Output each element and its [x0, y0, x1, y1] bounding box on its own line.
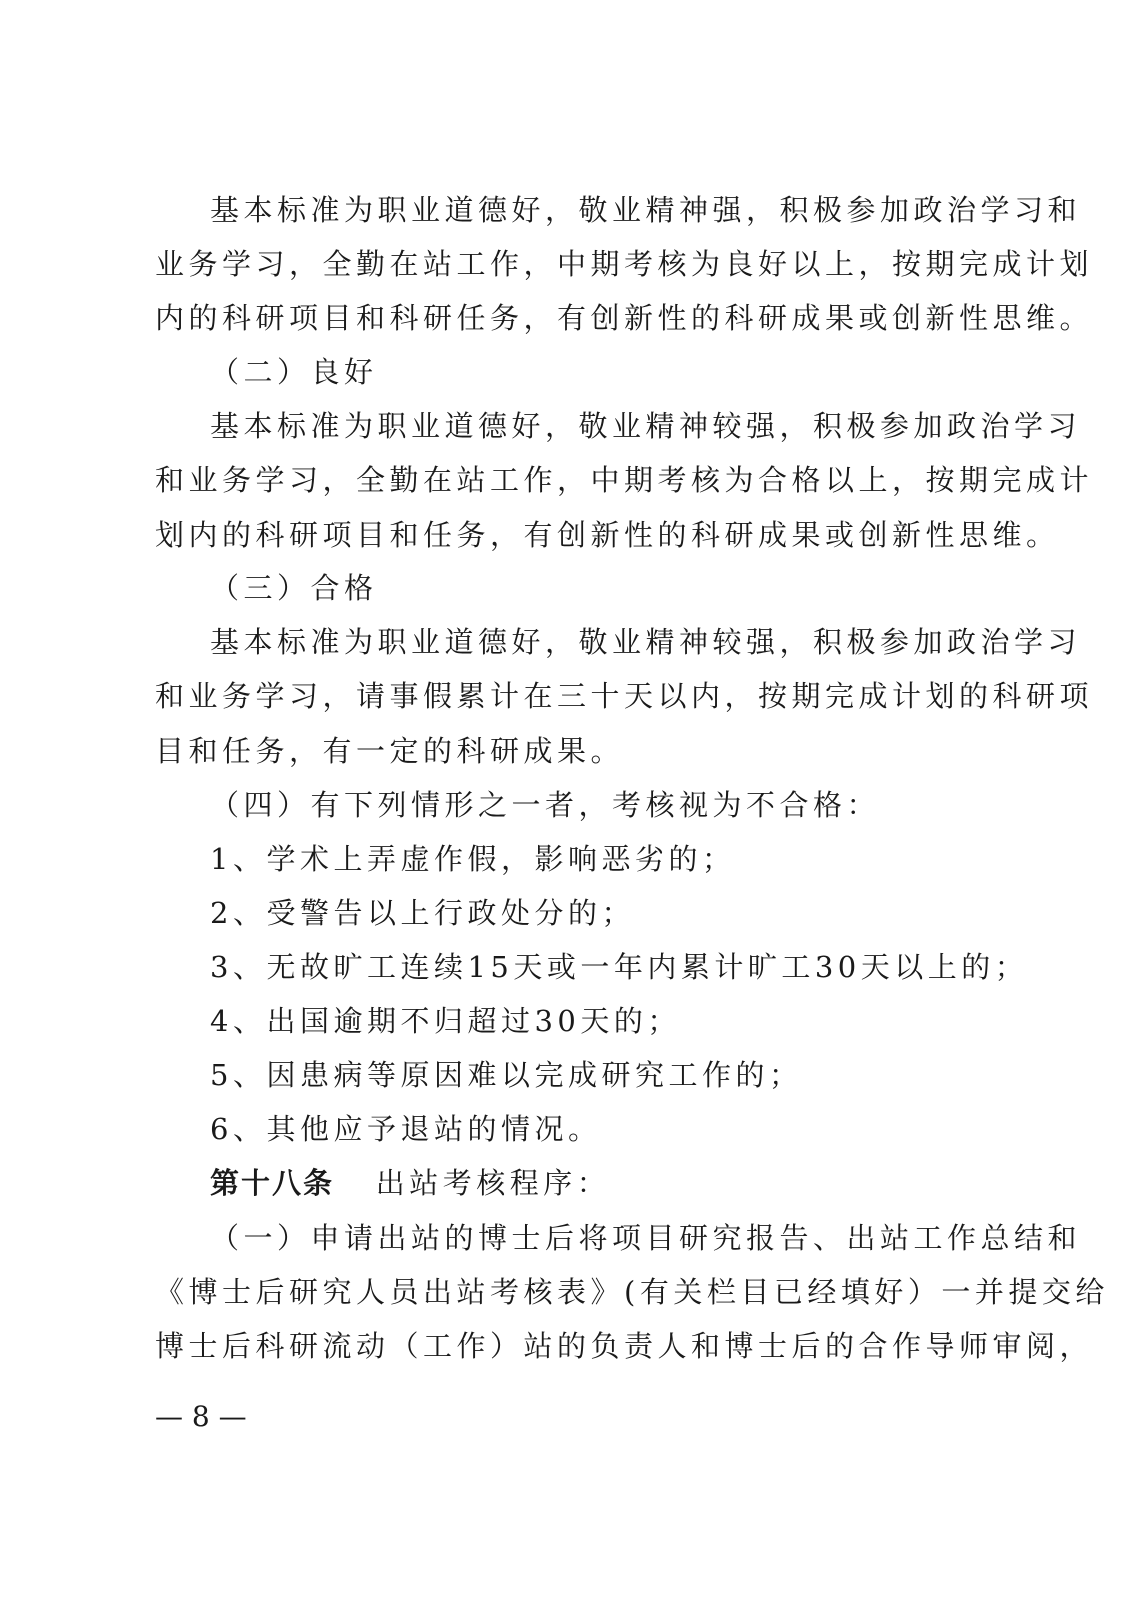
text-line: 基本标准为职业道德好，敬业精神较强，积极参加政治学习 [210, 622, 1081, 662]
text-line: 内的科研项目和科研任务，有创新性的科研成果或创新性思维。 [155, 298, 1093, 338]
text-line: 5、因患病等原因难以完成研究工作的； [210, 1055, 802, 1095]
text-line: 2、受警告以上行政处分的； [210, 893, 635, 933]
text-line: 1、学术上弄虚作假，影响恶劣的； [210, 839, 735, 879]
text-line: 和业务学习，全勤在站工作，中期考核为合格以上，按期完成计 [155, 460, 1093, 500]
text-line: 基本标准为职业道德好，敬业精神强，积极参加政治学习和 [210, 190, 1081, 230]
text-line: 目和任务，有一定的科研成果。 [155, 731, 624, 771]
article-title: 出站考核程序： [376, 1166, 611, 1200]
article-label: 第十八条 [210, 1166, 334, 1200]
text-line: 博士后科研流动（工作）站的负责人和博士后的合作导师审阅， [155, 1326, 1093, 1366]
text-line: （四）有下列情形之一者，考核视为不合格： [210, 785, 880, 825]
text-line: 4、出国逾期不归超过30天的； [210, 1001, 681, 1041]
text-line: 6、其他应予退站的情况。 [210, 1109, 601, 1149]
text-line: 和业务学习，请事假累计在三十天以内，按期完成计划的科研项 [155, 676, 1093, 716]
text-line: （二）良好 [210, 352, 378, 392]
text-line: 3、无故旷工连续15天或一年内累计旷工30天以上的； [210, 947, 1028, 987]
text-line: 基本标准为职业道德好，敬业精神较强，积极参加政治学习 [210, 406, 1081, 446]
text-line: 业务学习，全勤在站工作，中期考核为良好以上，按期完成计划 [155, 244, 1093, 284]
text-line: （一）申请出站的博士后将项目研究报告、出站工作总结和 [210, 1218, 1081, 1258]
text-line: 《博士后研究人员出站考核表》(有关栏目已经填好）一并提交给 [155, 1272, 1109, 1312]
page-number: — 8 — [155, 1400, 247, 1433]
article-heading: 第十八条 出站考核程序： [210, 1163, 610, 1203]
text-line: （三）合格 [210, 568, 378, 608]
text-line: 划内的科研项目和任务，有创新性的科研成果或创新性思维。 [155, 515, 1060, 555]
